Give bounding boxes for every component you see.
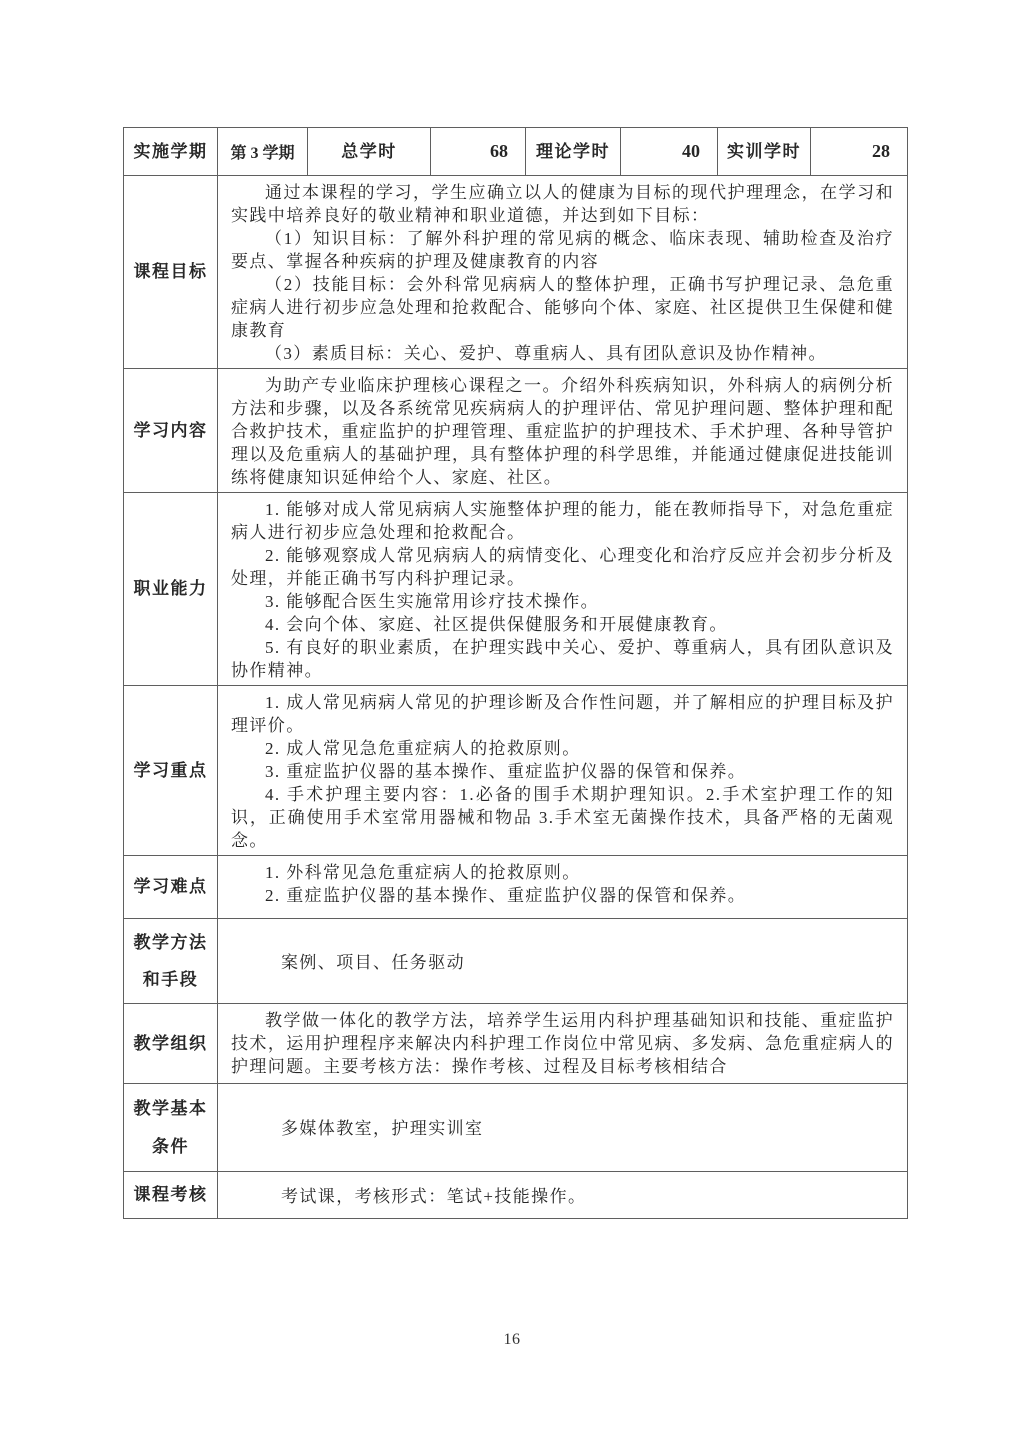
paragraph: 3. 重症监护仪器的基本操作、重症监护仪器的保管和保养。	[231, 760, 894, 783]
row-label-teaching-organization: 教学组织	[124, 1004, 218, 1084]
row-label-teaching-basic-conditions: 教学基本条件	[124, 1084, 218, 1172]
paragraph: （1）知识目标：了解外科护理的常见病的概念、临床表现、辅助检查及治疗要点、掌握各…	[231, 227, 894, 273]
total-hours-value: 68	[431, 128, 526, 176]
paragraph: （3）素质目标：关心、爱护、尊重病人、具有团队意识及协作精神。	[231, 342, 894, 365]
page-number: 16	[0, 1331, 1024, 1349]
row-label-course-assessment: 课程考核	[124, 1172, 218, 1219]
paragraph: 多媒体教室，护理实训室	[231, 1116, 894, 1141]
paragraph: 2. 重症监护仪器的基本操作、重症监护仪器的保管和保养。	[231, 884, 894, 907]
paragraph: 1. 能够对成人常见病病人实施整体护理的能力，能在教师指导下，对急危重症病人进行…	[231, 498, 894, 544]
total-hours-label: 总学时	[308, 128, 431, 176]
paragraph: 案例、项目、任务驱动	[231, 950, 894, 975]
table-row: 教学方法和手段 案例、项目、任务驱动	[124, 919, 908, 1004]
row-label-learning-focus: 学习重点	[124, 686, 218, 856]
theory-hours-label: 理论学时	[526, 128, 621, 176]
paragraph: 3. 能够配合医生实施常用诊疗技术操作。	[231, 590, 894, 613]
row-label-learning-content: 学习内容	[124, 369, 218, 493]
course-objectives-content: 通过本课程的学习，学生应确立以人的健康为目标的现代护理理念，在学习和实践中培养良…	[218, 176, 908, 369]
paragraph: 5. 有良好的职业素质，在护理实践中关心、爱护、尊重病人，具有团队意识及协作精神…	[231, 636, 894, 682]
learning-difficulties-content: 1. 外科常见急危重症病人的抢救原则。 2. 重症监护仪器的基本操作、重症监护仪…	[218, 856, 908, 919]
row-label-learning-difficulties: 学习难点	[124, 856, 218, 919]
paragraph: 4. 会向个体、家庭、社区提供保健服务和开展健康教育。	[231, 613, 894, 636]
paragraph: 2. 成人常见急危重症病人的抢救原则。	[231, 737, 894, 760]
paragraph: 1. 外科常见急危重症病人的抢救原则。	[231, 861, 894, 884]
row-label-vocational-abilities: 职业能力	[124, 493, 218, 686]
table-row: 教学基本条件 多媒体教室，护理实训室	[124, 1084, 908, 1172]
semester-label: 实施学期	[124, 128, 218, 176]
table-row: 课程考核 考试课，考核形式：笔试+技能操作。	[124, 1172, 908, 1219]
theory-hours-value: 40	[621, 128, 718, 176]
paragraph: 4. 手术护理主要内容：1.必备的围手术期护理知识。2.手术室护理工作的知识，正…	[231, 783, 894, 852]
table-row: 学习内容 为助产专业临床护理核心课程之一。介绍外科疾病知识，外科病人的病例分析方…	[124, 369, 908, 493]
document-page: 实施学期 第 3 学期 总学时 68 理论学时 40 实训学时 28 课程目标 …	[0, 0, 1024, 1448]
practice-hours-label: 实训学时	[718, 128, 811, 176]
paragraph: 为助产专业临床护理核心课程之一。介绍外科疾病知识，外科病人的病例分析方法和步骤，…	[231, 374, 894, 489]
table-row: 学习重点 1. 成人常见病病人常见的护理诊断及合作性问题，并了解相应的护理目标及…	[124, 686, 908, 856]
paragraph: 2. 能够观察成人常见病病人的病情变化、心理变化和治疗反应并会初步分析及处理，并…	[231, 544, 894, 590]
paragraph: 考试课，考核形式：笔试+技能操作。	[231, 1184, 894, 1209]
paragraph: （2）技能目标：会外科常见病病人的整体护理，正确书写护理记录、急危重症病人进行初…	[231, 273, 894, 342]
header-row: 实施学期 第 3 学期 总学时 68 理论学时 40 实训学时 28	[124, 128, 908, 176]
table-row: 教学组织 教学做一体化的教学方法，培养学生运用内科护理基础知识和技能、重症监护技…	[124, 1004, 908, 1084]
paragraph: 1. 成人常见病病人常见的护理诊断及合作性问题，并了解相应的护理目标及护理评价。	[231, 691, 894, 737]
vocational-abilities-content: 1. 能够对成人常见病病人实施整体护理的能力，能在教师指导下，对急危重症病人进行…	[218, 493, 908, 686]
table-row: 职业能力 1. 能够对成人常见病病人实施整体护理的能力，能在教师指导下，对急危重…	[124, 493, 908, 686]
course-assessment-content: 考试课，考核形式：笔试+技能操作。	[218, 1172, 908, 1219]
learning-focus-content: 1. 成人常见病病人常见的护理诊断及合作性问题，并了解相应的护理目标及护理评价。…	[218, 686, 908, 856]
row-label-teaching-methods: 教学方法和手段	[124, 919, 218, 1004]
paragraph: 通过本课程的学习，学生应确立以人的健康为目标的现代护理理念，在学习和实践中培养良…	[231, 181, 894, 227]
paragraph: 教学做一体化的教学方法，培养学生运用内科护理基础知识和技能、重症监护技术，运用护…	[231, 1009, 894, 1078]
course-syllabus-table: 实施学期 第 3 学期 总学时 68 理论学时 40 实训学时 28 课程目标 …	[123, 127, 908, 1219]
row-label-course-objectives: 课程目标	[124, 176, 218, 369]
learning-content-content: 为助产专业临床护理核心课程之一。介绍外科疾病知识，外科病人的病例分析方法和步骤，…	[218, 369, 908, 493]
teaching-methods-content: 案例、项目、任务驱动	[218, 919, 908, 1004]
table-row: 学习难点 1. 外科常见急危重症病人的抢救原则。 2. 重症监护仪器的基本操作、…	[124, 856, 908, 919]
teaching-organization-content: 教学做一体化的教学方法，培养学生运用内科护理基础知识和技能、重症监护技术，运用护…	[218, 1004, 908, 1084]
practice-hours-value: 28	[811, 128, 908, 176]
teaching-basic-conditions-content: 多媒体教室，护理实训室	[218, 1084, 908, 1172]
table-row: 课程目标 通过本课程的学习，学生应确立以人的健康为目标的现代护理理念，在学习和实…	[124, 176, 908, 369]
semester-value: 第 3 学期	[218, 128, 308, 176]
